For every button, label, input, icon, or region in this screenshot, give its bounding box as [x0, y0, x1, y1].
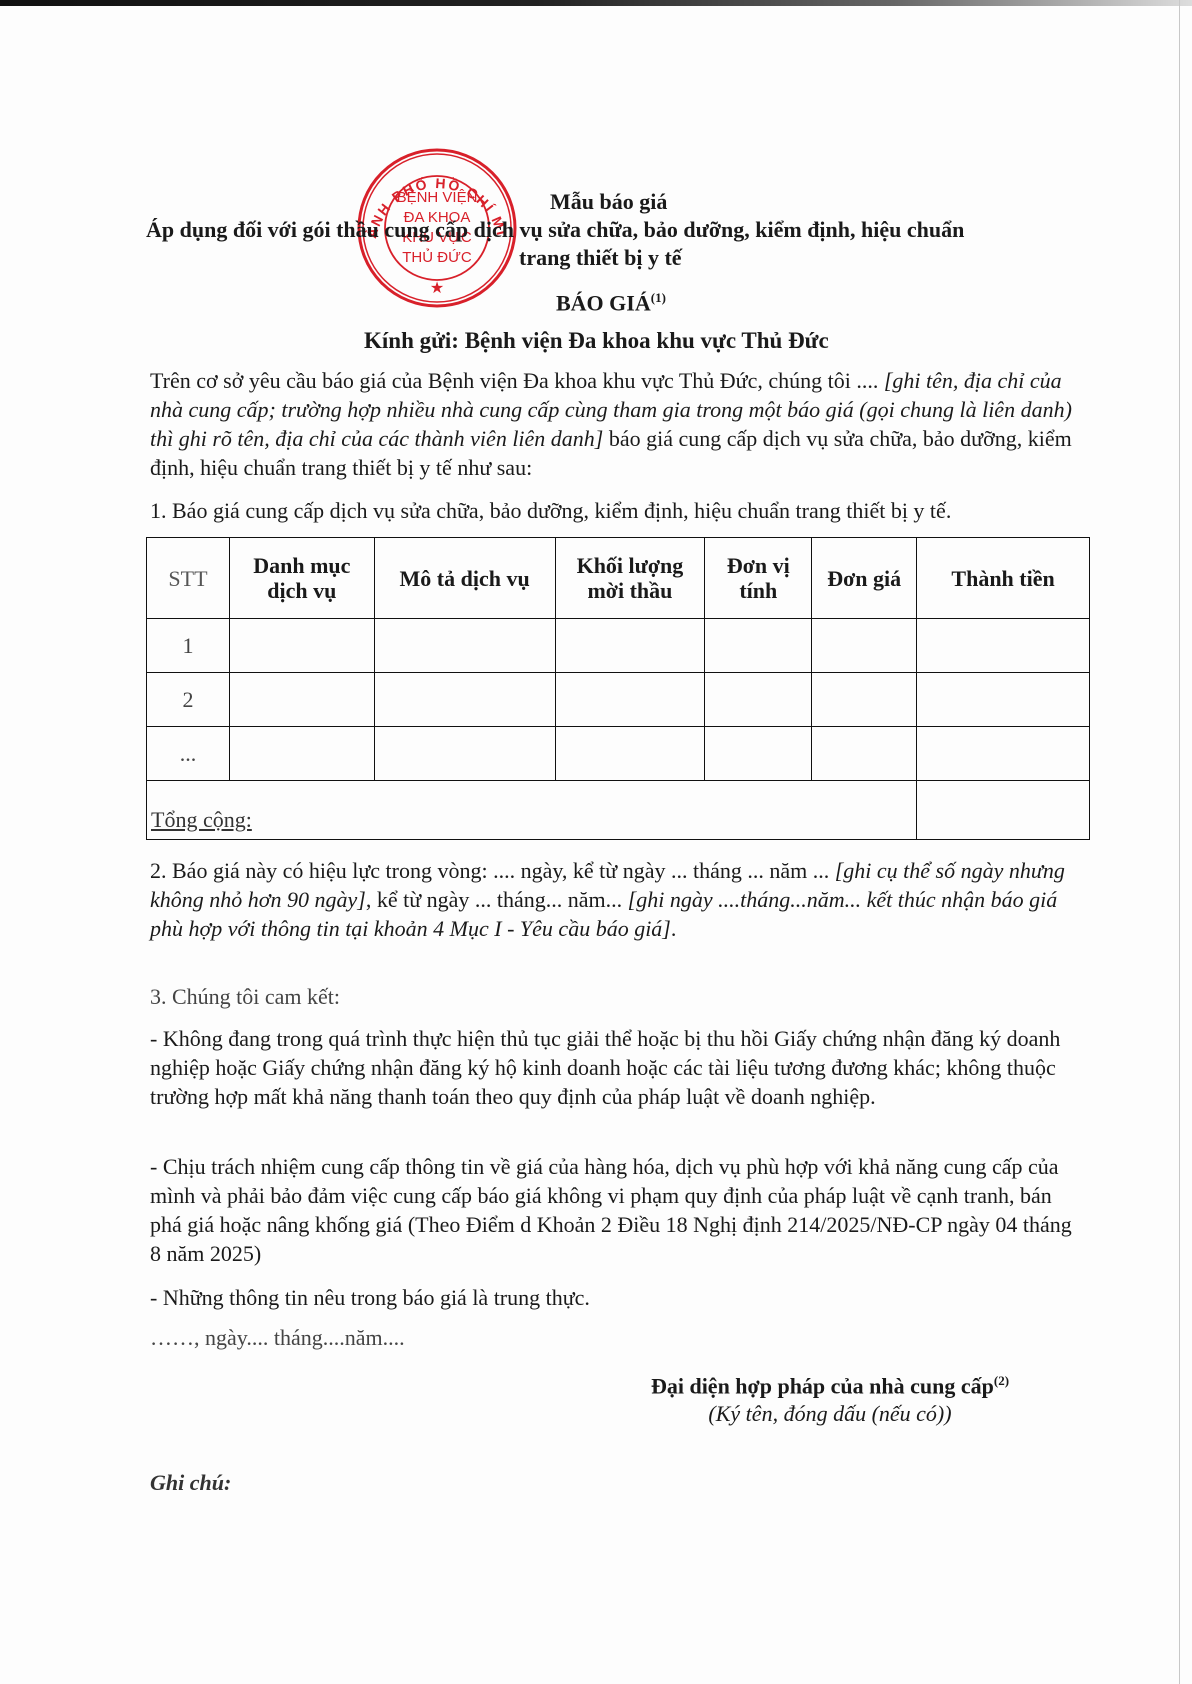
table-row: 1	[147, 619, 1090, 673]
col-stt: STT	[147, 538, 230, 619]
subtitle-line-2: trang thiết bị y tế	[519, 244, 682, 272]
cell[interactable]	[917, 673, 1090, 727]
signature-footnote: (2)	[994, 1373, 1009, 1388]
cell[interactable]	[229, 673, 374, 727]
cell[interactable]	[917, 619, 1090, 673]
cell[interactable]	[705, 727, 812, 781]
recipient: Kính gửi: Bệnh viện Đa khoa khu vực Thủ …	[364, 327, 829, 355]
notes-label: Ghi chú:	[150, 1468, 1080, 1497]
commitment-item-3: - Những thông tin nêu trong báo giá là t…	[150, 1283, 1080, 1312]
signature-title-text: Đại diện hợp pháp của nhà cung cấp	[651, 1373, 994, 1398]
cell[interactable]	[705, 673, 812, 727]
section-1-heading: 1. Báo giá cung cấp dịch vụ sửa chữa, bả…	[150, 496, 1080, 525]
commitment-item-1: - Không đang trong quá trình thực hiện t…	[150, 1024, 1080, 1111]
doc-title-footnote: (1)	[651, 290, 666, 305]
cell[interactable]	[812, 727, 917, 781]
section-2-paragraph: 2. Báo giá này có hiệu lực trong vòng: .…	[150, 856, 1080, 943]
signature-title: Đại diện hợp pháp của nhà cung cấp(2)	[600, 1373, 1060, 1399]
row-stt: 2	[147, 673, 230, 727]
col-service-category: Danh mục dịch vụ	[229, 538, 374, 619]
table-row: 2	[147, 673, 1090, 727]
row-stt: 1	[147, 619, 230, 673]
cell[interactable]	[229, 727, 374, 781]
intro-paragraph: Trên cơ sở yêu cầu báo giá của Bệnh viện…	[150, 366, 1080, 482]
quote-table: STT Danh mục dịch vụ Mô tả dịch vụ Khối …	[146, 537, 1090, 840]
scan-right-edge	[1179, 0, 1180, 1684]
stamp-line-1: BỆNH VIỆN	[397, 189, 478, 206]
cell[interactable]	[812, 619, 917, 673]
doc-title-text: BÁO GIÁ	[556, 290, 651, 315]
total-amount-cell[interactable]	[917, 781, 1090, 840]
intro-text-a: Trên cơ sở yêu cầu báo giá của Bệnh viện…	[150, 368, 884, 393]
section-2-text-c: , kể từ ngày ... tháng... năm...	[366, 887, 628, 912]
section-2-text-e: .	[671, 916, 677, 941]
stamp-line-4: THỦ ĐỨC	[402, 248, 472, 266]
section-2-text-a: 2. Báo giá này có hiệu lực trong vòng: .…	[150, 858, 835, 883]
signature-subtitle: (Ký tên, đóng dấu (nếu có))	[600, 1401, 1060, 1427]
col-unit: Đơn vị tính	[705, 538, 812, 619]
col-unit-price: Đơn giá	[812, 538, 917, 619]
doc-title: BÁO GIÁ(1)	[556, 284, 666, 317]
cell[interactable]	[812, 673, 917, 727]
col-amount: Thành tiền	[917, 538, 1090, 619]
table-header-row: STT Danh mục dịch vụ Mô tả dịch vụ Khối …	[147, 538, 1090, 619]
cell[interactable]	[555, 727, 705, 781]
svg-text:★: ★	[430, 280, 444, 297]
table-total-row: Tổng cộng:	[147, 781, 1090, 840]
date-line: ……, ngày.... tháng....năm....	[150, 1323, 1080, 1352]
scan-top-edge	[0, 0, 1192, 6]
cell[interactable]	[555, 619, 705, 673]
row-stt: ...	[147, 727, 230, 781]
cell[interactable]	[374, 673, 555, 727]
col-quantity: Khối lượng mời thầu	[555, 538, 705, 619]
table-row: ...	[147, 727, 1090, 781]
section-3-heading: 3. Chúng tôi cam kết:	[150, 982, 1080, 1011]
cell[interactable]	[917, 727, 1090, 781]
commitment-item-2: - Chịu trách nhiệm cung cấp thông tin về…	[150, 1152, 1080, 1268]
cell[interactable]	[374, 619, 555, 673]
cell[interactable]	[374, 727, 555, 781]
cell[interactable]	[705, 619, 812, 673]
cell[interactable]	[555, 673, 705, 727]
form-title: Mẫu báo giá	[550, 188, 667, 216]
cell[interactable]	[229, 619, 374, 673]
subtitle-line-1: Áp dụng đối với gói thầu cung cấp dịch v…	[146, 216, 964, 244]
col-service-description: Mô tả dịch vụ	[374, 538, 555, 619]
total-label: Tổng cộng:	[147, 781, 917, 840]
signature-block: Đại diện hợp pháp của nhà cung cấp(2) (K…	[600, 1373, 1060, 1427]
